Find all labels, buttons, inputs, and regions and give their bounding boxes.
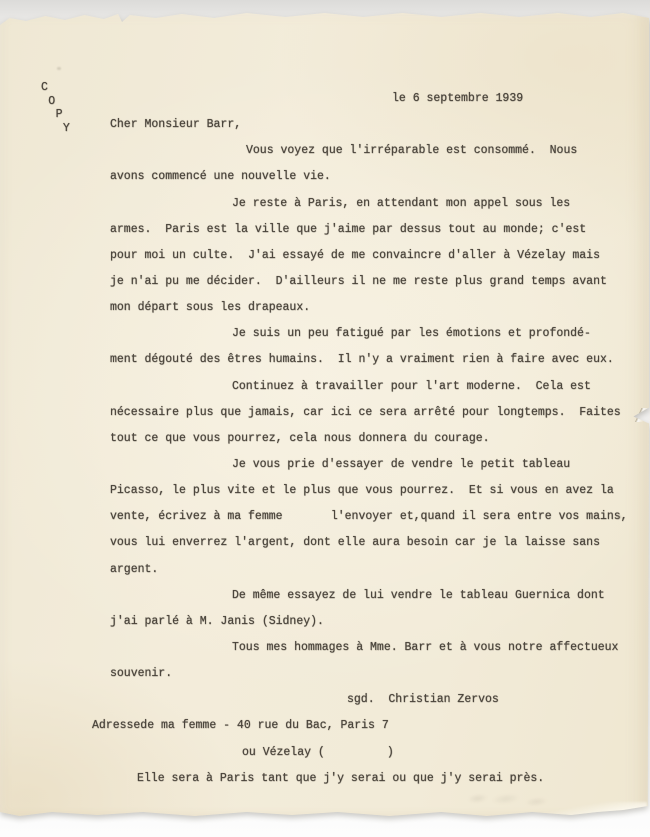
letter-body: le 6 septembre 1939Cher Monsieur Barr,Vo… xyxy=(0,86,649,792)
letter-paper: C O P Y le 6 septembre 1939Cher Monsieur… xyxy=(0,9,649,824)
letter-line: Vous voyez que l'irréparable est consomm… xyxy=(246,138,649,164)
letter-line: pour moi un culte. J'ai essayé de me con… xyxy=(110,243,649,269)
letter-line: avons commencé une nouvelle vie. xyxy=(110,164,649,190)
letter-line: j'ai parlé à M. Janis (Sidney). xyxy=(110,609,649,635)
letter-line: Elle sera à Paris tant que j'y serai ou … xyxy=(137,766,649,792)
letter-line: vente, écrivez à ma femme l'envoyer et,q… xyxy=(110,504,649,530)
letter-line: Picasso, le plus vite et le plus que vou… xyxy=(110,478,649,504)
paper-corner-fold xyxy=(527,802,647,824)
letter-line: ou Vézelay ( ) xyxy=(242,740,649,766)
letter-line: nécessaire plus que jamais, car ici ce s… xyxy=(110,400,649,426)
letter-line: Je suis un peu fatigué par les émotions … xyxy=(232,321,649,347)
letter-line: armes. Paris est la ville que j'aime par… xyxy=(110,217,649,243)
letter-line: Cher Monsieur Barr, xyxy=(110,112,649,138)
paper-edge-tear xyxy=(629,408,649,422)
letter-line: Tous mes hommages à Mme. Barr et à vous … xyxy=(232,635,649,661)
letter-line: souvenir. xyxy=(110,661,649,687)
letter-line: De même essayez de lui vendre le tableau… xyxy=(232,583,649,609)
letter-line: Je reste à Paris, en attendant mon appel… xyxy=(232,191,649,217)
letter-line: Adressede ma femme - 40 rue du Bac, Pari… xyxy=(92,713,649,739)
paper-speck xyxy=(57,67,61,70)
letter-line: sgd. Christian Zervos xyxy=(347,687,649,713)
letter-line: Continuez à travailler pour l'art modern… xyxy=(232,374,649,400)
letter-line: Je vous prie d'essayer de vendre le peti… xyxy=(232,452,649,478)
letter-line: le 6 septembre 1939 xyxy=(392,86,649,112)
scan-background: C O P Y le 6 septembre 1939Cher Monsieur… xyxy=(0,0,650,837)
letter-line: argent. xyxy=(110,557,649,583)
letter-line: ment dégouté des êtres humains. Il n'y a… xyxy=(110,347,649,373)
letter-line: tout ce que vous pourrez, cela nous donn… xyxy=(110,426,649,452)
letter-line: mon départ sous les drapeaux. xyxy=(110,295,649,321)
paper-speck xyxy=(616,515,621,519)
paper-shadow-wrap: C O P Y le 6 septembre 1939Cher Monsieur… xyxy=(0,0,650,837)
letter-line: vous lui enverrez l'argent, dont elle au… xyxy=(110,530,649,556)
letter-line: je n'ai pu me décider. D'ailleurs il ne … xyxy=(110,269,649,295)
